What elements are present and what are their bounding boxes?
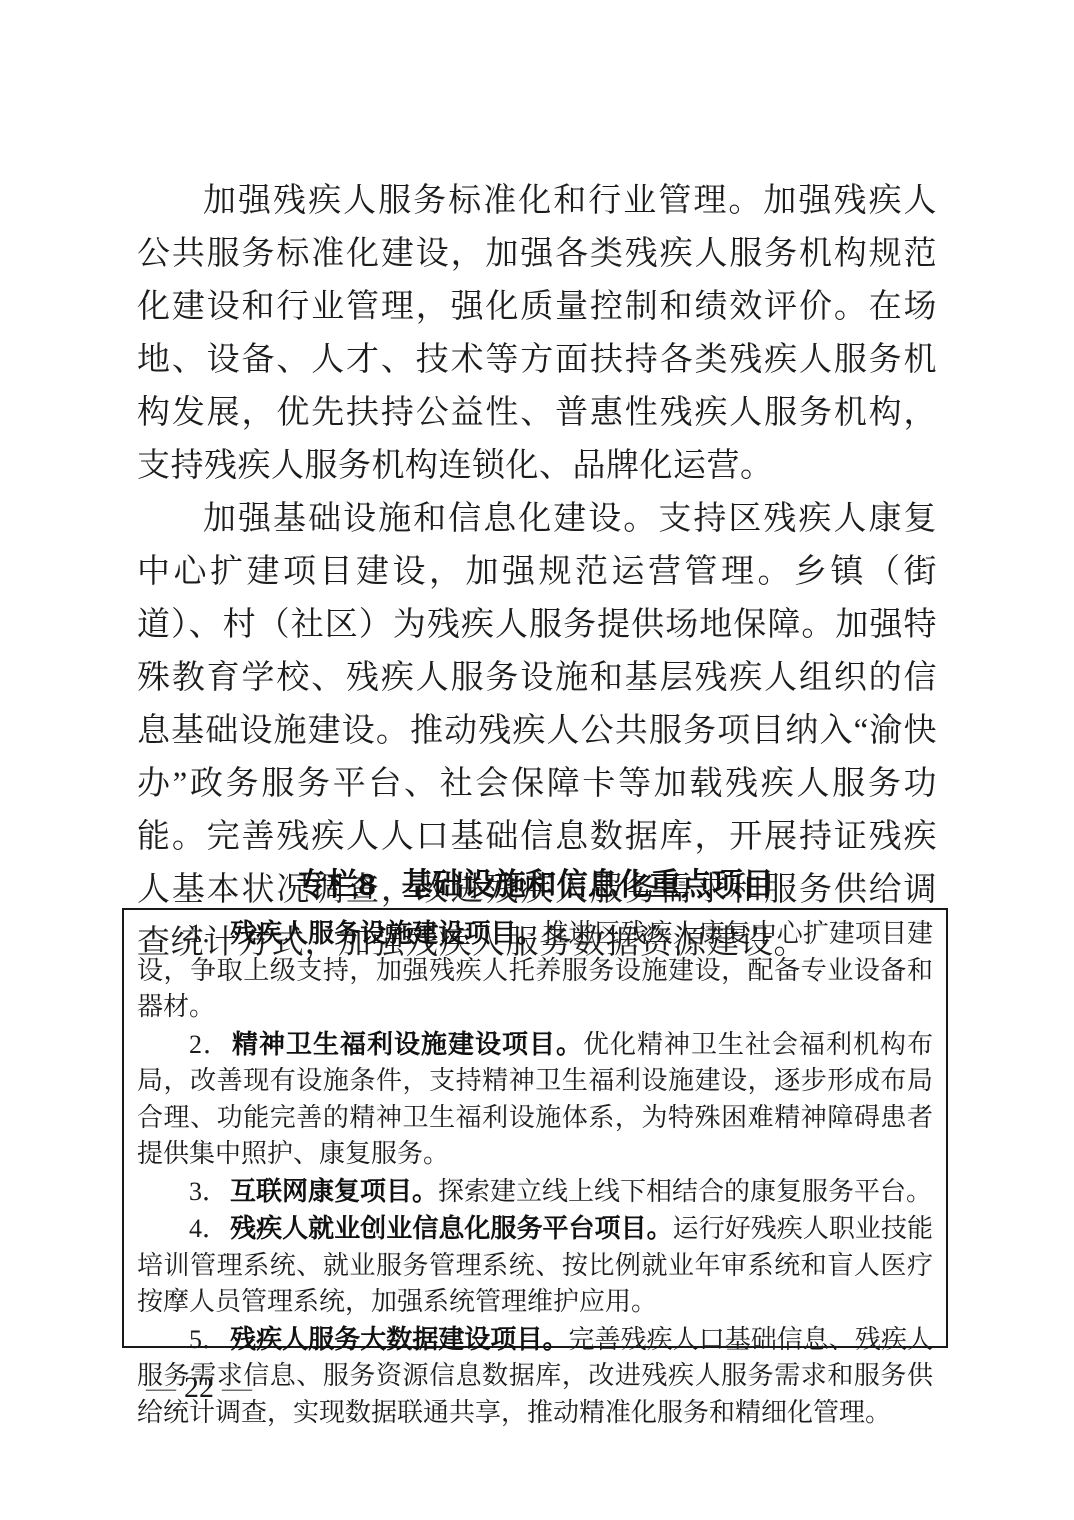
box-item-4: 4．残疾人就业创业信息化服务平台项目。运行好残疾人职业技能培训管理系统、就业服务…	[137, 1210, 933, 1321]
item-number: 2．	[189, 1030, 232, 1059]
box-title: 专栏8基础设施和信息化重点项目	[122, 864, 948, 906]
box-item-2: 2．精神卫生福利设施建设项目。优化精神卫生社会福利机构布局，改善现有设施条件，支…	[137, 1026, 933, 1173]
item-number: 1．	[189, 919, 230, 948]
page-number-dash-right: —	[214, 1371, 260, 1404]
box-item-1: 1．残疾人服务设施建设项目。推进区残疾人康复中心扩建项目建设，争取上级支持，加强…	[137, 915, 933, 1026]
item-heading: 残疾人服务大数据建设项目。	[230, 1324, 568, 1354]
main-text: 加强残疾人服务标准化和行业管理。加强残疾人公共服务标准化建设，加强各类残疾人服务…	[137, 175, 937, 970]
paragraph-service-standardization: 加强残疾人服务标准化和行业管理。加强残疾人公共服务标准化建设，加强各类残疾人服务…	[137, 175, 937, 493]
item-number: 3．	[189, 1177, 230, 1206]
page-number-value: 22	[184, 1371, 214, 1404]
box-title-text: 基础设施和信息化重点项目	[402, 867, 774, 902]
document-page: 加强残疾人服务标准化和行业管理。加强残疾人公共服务标准化建设，加强各类残疾人服务…	[0, 0, 1074, 1520]
item-heading: 残疾人服务设施建设项目。	[230, 918, 542, 948]
item-heading: 残疾人就业创业信息化服务平台项目。	[230, 1213, 673, 1243]
item-heading: 互联网康复项目。	[230, 1176, 438, 1206]
item-heading: 精神卫生福利设施建设项目。	[232, 1029, 583, 1059]
box-title-label: 专栏8	[296, 867, 375, 902]
key-projects-box: 1．残疾人服务设施建设项目。推进区残疾人康复中心扩建项目建设，争取上级支持，加强…	[122, 908, 948, 1348]
page-number: —22—	[138, 1370, 260, 1406]
item-body: 探索建立线上线下相结合的康复服务平台。	[438, 1177, 932, 1206]
item-number: 5．	[189, 1325, 230, 1354]
box-item-3: 3．互联网康复项目。探索建立线上线下相结合的康复服务平台。	[137, 1173, 933, 1211]
page-number-dash-left: —	[138, 1371, 184, 1404]
item-number: 4．	[189, 1214, 230, 1243]
